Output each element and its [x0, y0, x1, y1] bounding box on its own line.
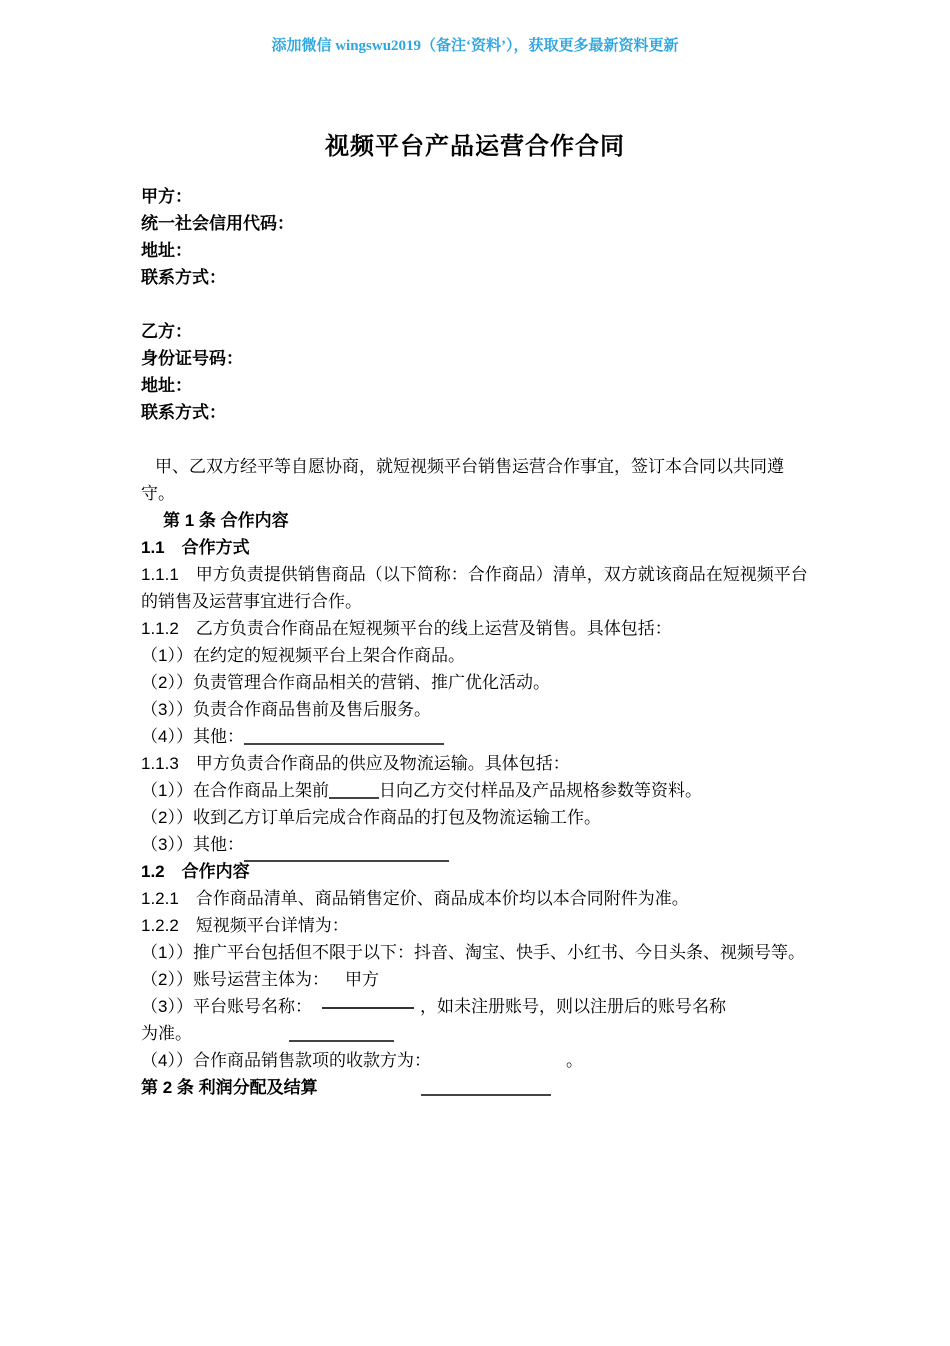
- party-a-address-label: 地址：: [141, 237, 809, 264]
- list-item-label: （3））其他：: [141, 835, 244, 854]
- clause-1-2-2: 1.2.2 短视频平台详情为：: [141, 912, 809, 939]
- fill-in-blank: [289, 1023, 394, 1042]
- list-item-with-blank: （1））在合作商品上架前日向乙方交付样品及产品规格参数等资料。: [141, 777, 809, 804]
- party-b-contact-label: 联系方式：: [141, 399, 809, 426]
- list-item-label: （1））在合作商品上架前: [141, 781, 329, 800]
- heading-label: 第 2 条 利润分配及结算: [141, 1078, 318, 1097]
- party-b-name-label: 乙方：: [141, 318, 809, 345]
- list-item-with-blank: （3））其他：: [141, 831, 809, 858]
- list-item: （2））负责管理合作商品相关的营销、推广优化活动。: [141, 669, 809, 696]
- heading-1-2: 1.2 合作内容: [141, 858, 809, 885]
- clause-1-1-1: 1.1.1 甲方负责提供销售商品（以下简称：合作商品）清单，双方就该商品在短视频…: [141, 561, 809, 615]
- party-a-contact-label: 联系方式：: [141, 264, 809, 291]
- list-item-label: （3））平台账号名称：: [141, 997, 312, 1016]
- list-item-with-blank: （4））合作商品销售款项的收款方为：。: [141, 1047, 809, 1074]
- party-a-credit-code-label: 统一社会信用代码：: [141, 210, 809, 237]
- document-page: 添加微信 wingswu2019（备注‘资料’），获取更多最新资料更新 视频平台…: [0, 0, 950, 1346]
- party-a-name-label: 甲方：: [141, 183, 809, 210]
- party-b-id-number-label: 身份证号码：: [141, 345, 809, 372]
- promo-banner-text: 添加微信 wingswu2019（备注‘资料’），获取更多最新资料更新: [0, 34, 950, 55]
- list-item-label: （2））账号运营主体为：: [141, 970, 329, 989]
- list-item-label: 日向乙方交付样品及产品规格参数等资料。: [379, 781, 702, 800]
- party-a-block: 甲方： 统一社会信用代码： 地址： 联系方式：: [141, 183, 809, 291]
- clause-1-1-3: 1.1.3 甲方负责合作商品的供应及物流运输。具体包括：: [141, 750, 809, 777]
- list-item-continuation: 为准。: [141, 1020, 809, 1047]
- list-item-with-blank: （3））平台账号名称：，如未注册账号，则以注册后的账号名称: [141, 993, 809, 1020]
- fill-in-blank: [244, 726, 444, 745]
- party-b-address-label: 地址：: [141, 372, 809, 399]
- heading-article-2: 第 2 条 利润分配及结算: [141, 1074, 809, 1101]
- clause-1-1-2: 1.1.2 乙方负责合作商品在短视频平台的线上运营及销售。具体包括：: [141, 615, 809, 642]
- heading-article-1: 第 1 条 合作内容: [141, 507, 809, 534]
- list-item: （3））负责合作商品售前及售后服务。: [141, 696, 809, 723]
- list-item-with-blank: （4））其他：: [141, 723, 809, 750]
- list-item-with-value: （2））账号运营主体为：甲方: [141, 966, 809, 993]
- clause-1-2-1: 1.2.1 合作商品清单、商品销售定价、商品成本价均以本合同附件为准。: [141, 885, 809, 912]
- list-item-label: 。: [566, 1051, 583, 1070]
- list-item-label: （4））合作商品销售款项的收款方为：: [141, 1051, 431, 1070]
- fill-in-blank-days: [329, 780, 379, 799]
- fill-in-blank: [421, 1077, 551, 1096]
- list-item: （1））在约定的短视频平台上架合作商品。: [141, 642, 809, 669]
- list-item: （1））推广平台包括但不限于以下：抖音、淘宝、快手、小红书、今日头条、视频号等。: [141, 939, 809, 966]
- party-b-block: 乙方： 身份证号码： 地址： 联系方式：: [141, 318, 809, 426]
- list-item-label: ，如未注册账号，则以注册后的账号名称: [420, 997, 726, 1016]
- list-item-label: 为准。: [141, 1024, 192, 1043]
- list-item: （2））收到乙方订单后完成合作商品的打包及物流运输工作。: [141, 804, 809, 831]
- operator-value: 甲方: [345, 970, 379, 989]
- intro-paragraph: 甲、乙双方经平等自愿协商，就短视频平台销售运营合作事宜，签订本合同以共同遵守。: [141, 453, 809, 507]
- heading-1-1: 1.1 合作方式: [141, 534, 809, 561]
- list-item-label: （4））其他：: [141, 727, 244, 746]
- fill-in-dash-line: [322, 1007, 414, 1009]
- document-title: 视频平台产品运营合作合同: [0, 126, 950, 161]
- fill-in-blank: [244, 843, 449, 862]
- document-body: 甲方： 统一社会信用代码： 地址： 联系方式： 乙方： 身份证号码： 地址： 联…: [141, 183, 809, 1101]
